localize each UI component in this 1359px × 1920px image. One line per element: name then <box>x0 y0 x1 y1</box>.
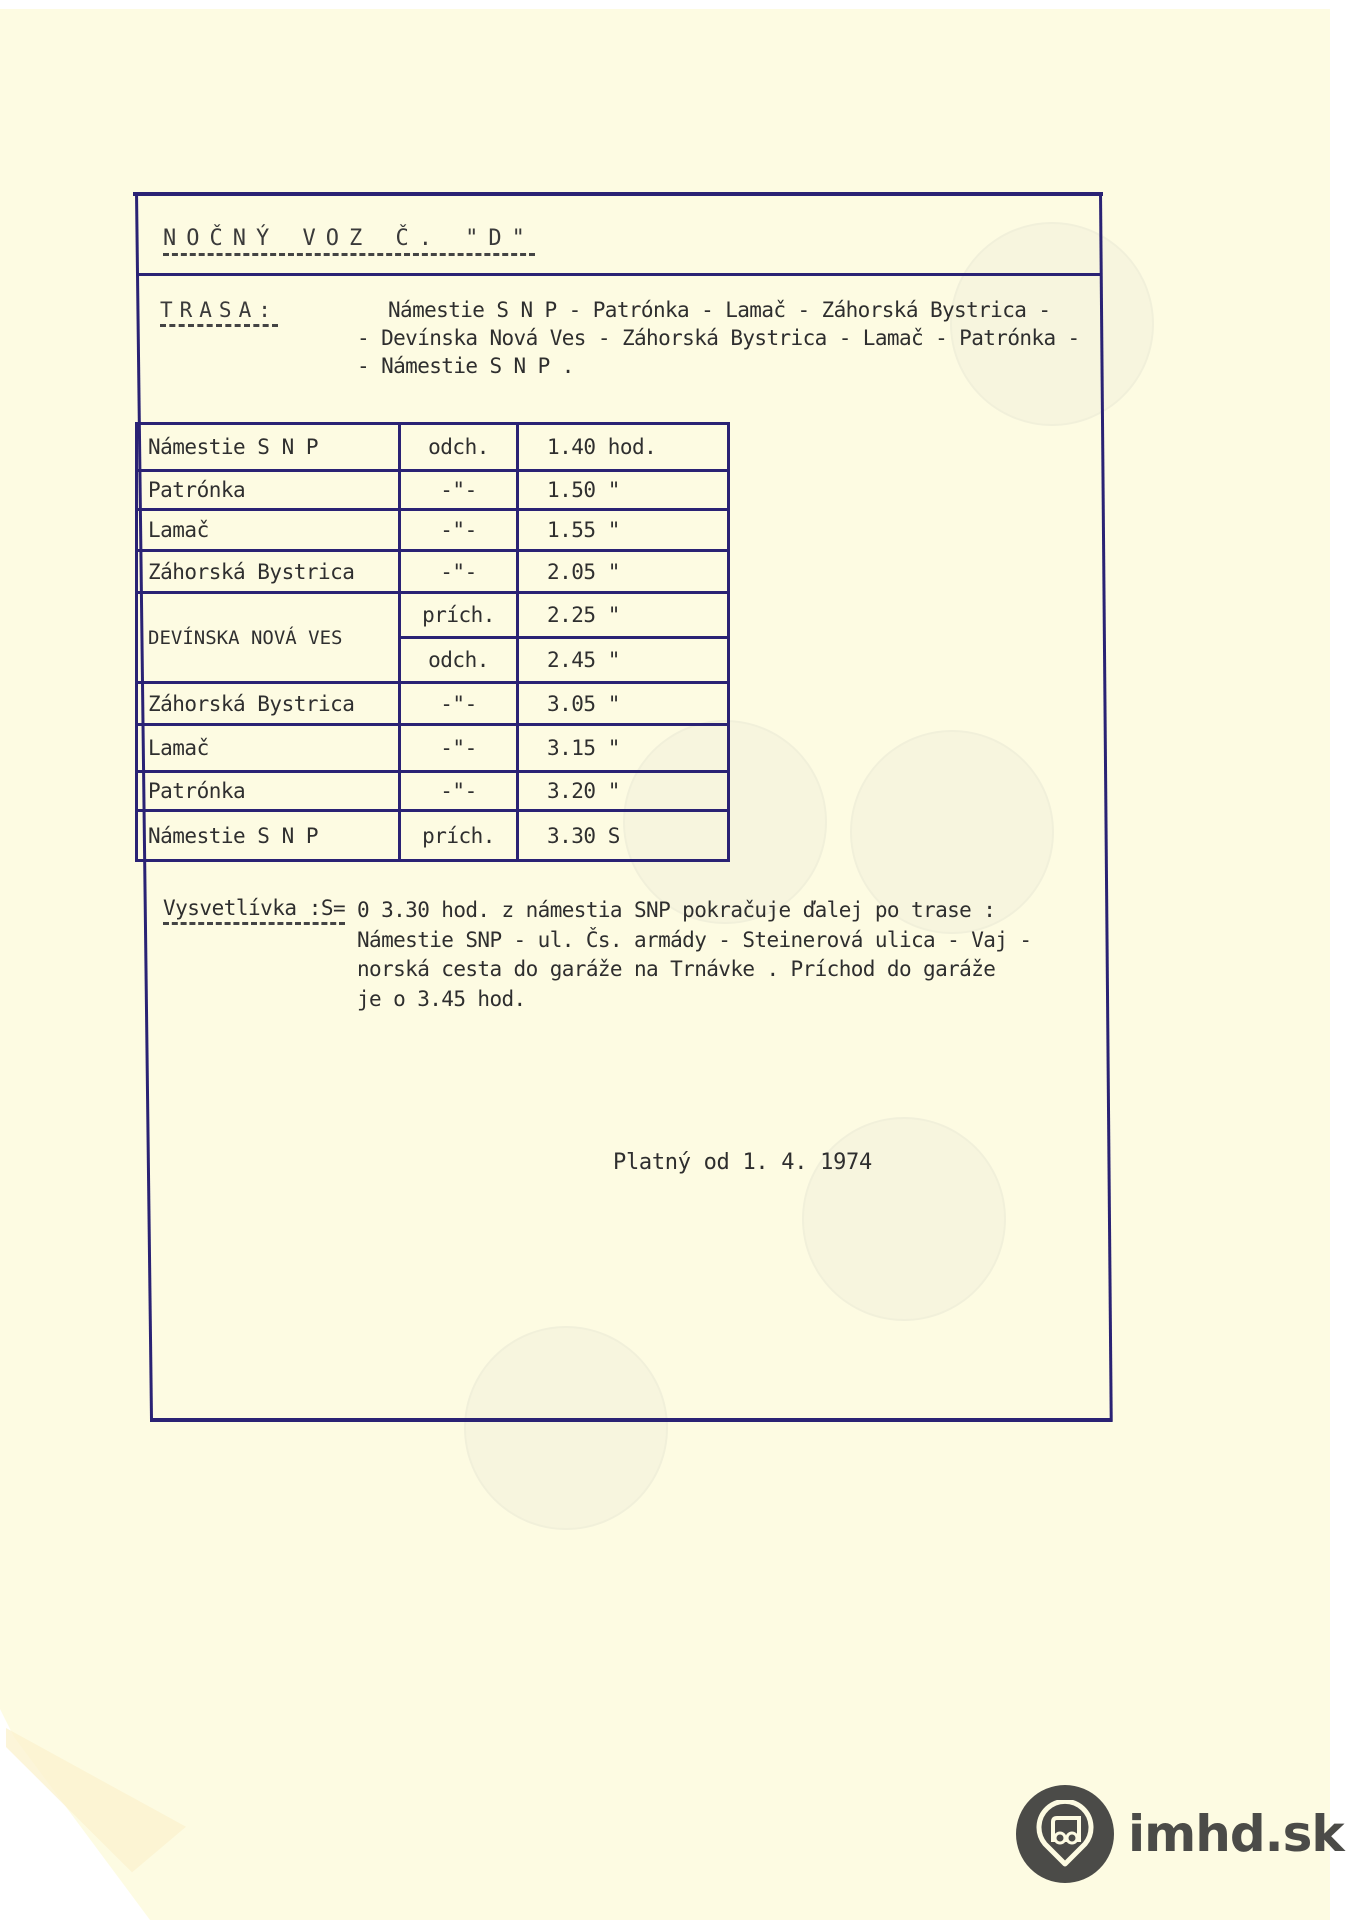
stop-type: -"- <box>400 725 518 772</box>
stop-name: Lamač <box>137 510 400 551</box>
table-row: Lamač -"- 1.55 " <box>137 510 729 551</box>
table-row: Námestie S N P prích. 3.30 S <box>137 811 729 861</box>
stop-time: 3.30 S <box>518 811 729 861</box>
stop-type: -"- <box>400 510 518 551</box>
table-row: DEVÍNSKA NOVÁ VES prích. 2.25 " <box>137 593 729 638</box>
explanation-line: norská cesta do garáže na Trnávke . Príc… <box>357 955 1031 985</box>
stop-name: DEVÍNSKA NOVÁ VES <box>137 593 400 683</box>
watermark-logo-icon <box>802 1117 1006 1321</box>
route-label: TRASA: <box>160 298 278 322</box>
table-row: Záhorská Bystrica -"- 2.05 " <box>137 551 729 593</box>
stop-name: Námestie S N P <box>137 424 400 471</box>
stop-type: -"- <box>400 772 518 811</box>
stop-time: 3.20 " <box>518 772 729 811</box>
stop-name: Záhorská Bystrica <box>137 683 400 725</box>
stop-type: odch. <box>400 638 518 683</box>
stop-time: 1.40 hod. <box>518 424 729 471</box>
stop-name: Záhorská Bystrica <box>137 551 400 593</box>
frame-top <box>133 192 1103 196</box>
stop-name: Patrónka <box>137 471 400 510</box>
valid-from: Platný od 1. 4. 1974 <box>613 1150 872 1175</box>
route-line: - Devínska Nová Ves - Záhorská Bystrica … <box>357 324 1080 352</box>
route-line: Námestie S N P - Patrónka - Lamač - Záho… <box>357 296 1080 324</box>
explanation-line: Námestie SNP - ul. Čs. armády - Steinero… <box>357 926 1031 956</box>
imhd-logo[interactable]: imhd.sk <box>1016 1785 1344 1883</box>
explanation-text: 0 3.30 hod. z námestia SNP pokračuje ďal… <box>357 896 1031 1014</box>
table-row: Lamač -"- 3.15 " <box>137 725 729 772</box>
table-row: Patrónka -"- 1.50 " <box>137 471 729 510</box>
explanation-label: Vysvetlívka :S= <box>163 896 345 920</box>
route-line: - Námestie S N P . <box>357 352 1080 380</box>
explanation-line: je o 3.45 hod. <box>357 985 1031 1015</box>
stop-time: 3.15 " <box>518 725 729 772</box>
stop-time: 1.55 " <box>518 510 729 551</box>
document-title: NOČNÝ VOZ Č. "D" <box>163 226 535 251</box>
stop-time: 2.45 " <box>518 638 729 683</box>
bus-pin-icon <box>1016 1785 1114 1883</box>
stop-time: 3.05 " <box>518 683 729 725</box>
route-description: Námestie S N P - Patrónka - Lamač - Záho… <box>357 296 1080 380</box>
stop-type: odch. <box>400 424 518 471</box>
stop-time: 2.05 " <box>518 551 729 593</box>
table-row: Patrónka -"- 3.20 " <box>137 772 729 811</box>
header-divider <box>136 273 1102 276</box>
stop-name: Patrónka <box>137 772 400 811</box>
stop-type: prích. <box>400 593 518 638</box>
stop-name: Námestie S N P <box>137 811 400 861</box>
watermark-logo-icon <box>464 1326 668 1530</box>
timetable: Námestie S N P odch. 1.40 hod. Patrónka … <box>135 422 730 862</box>
stop-type: -"- <box>400 471 518 510</box>
stop-type: prích. <box>400 811 518 861</box>
table-row: Námestie S N P odch. 1.40 hod. <box>137 424 729 471</box>
stop-name: Lamač <box>137 725 400 772</box>
table-row: Záhorská Bystrica -"- 3.05 " <box>137 683 729 725</box>
explanation-line: 0 3.30 hod. z námestia SNP pokračuje ďal… <box>357 896 1031 926</box>
stop-time: 2.25 " <box>518 593 729 638</box>
stop-time: 1.50 " <box>518 471 729 510</box>
frame-bottom <box>150 1418 1112 1422</box>
stop-type: -"- <box>400 683 518 725</box>
stop-type: -"- <box>400 551 518 593</box>
logo-text: imhd.sk <box>1128 1805 1344 1863</box>
